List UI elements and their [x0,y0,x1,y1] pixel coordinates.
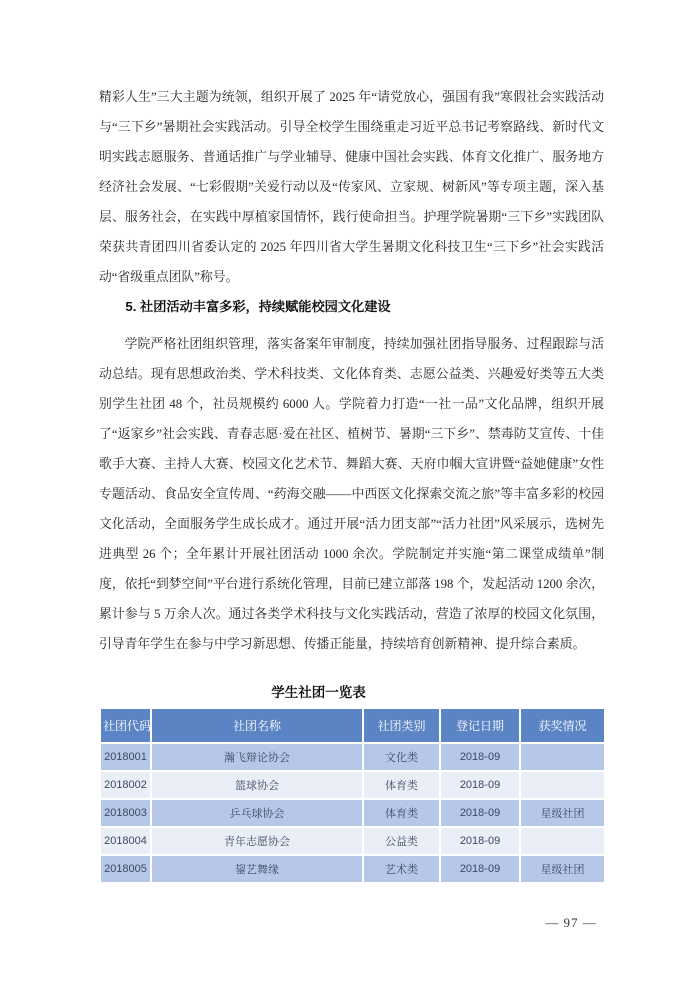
cell-reg-date: 2018-09 [440,827,520,855]
document-page: 精彩人生”三大主题为统领，组织开展了 2025 年“请党放心，强国有我”寒假社会… [0,0,700,989]
cell-award [520,771,605,799]
cell-club-code: 2018003 [100,799,151,827]
student-clubs-table: 社团代码 社团名称 社团类别 登记日期 获奖情况 2018001 瀚飞辩论协会 … [99,707,606,884]
header-cell-club-name: 社团名称 [151,708,363,743]
cell-award [520,743,605,771]
table-row: 2018003 乒乓球协会 体育类 2018-09 星级社团 [100,799,605,827]
cell-club-type: 体育类 [363,771,440,799]
cell-club-code: 2018002 [100,771,151,799]
cell-award [520,827,605,855]
cell-club-name: 青年志愿协会 [151,827,363,855]
page-number: — 97 — [541,915,601,931]
cell-award: 星级社团 [520,799,605,827]
cell-reg-date: 2018-09 [440,855,520,883]
table-row: 2018002 篮球协会 体育类 2018-09 [100,771,605,799]
cell-club-type: 艺术类 [363,855,440,883]
cell-reg-date: 2018-09 [440,771,520,799]
cell-club-name: 乒乓球协会 [151,799,363,827]
table-title: 学生社团一览表 [99,681,538,701]
cell-club-code: 2018005 [100,855,151,883]
table-row: 2018005 鋆艺舞缘 艺术类 2018-09 星级社团 [100,855,605,883]
cell-reg-date: 2018-09 [440,743,520,771]
cell-reg-date: 2018-09 [440,799,520,827]
section-heading: 5. 社团活动丰富多彩，持续赋能校园文化建设 [99,292,604,322]
cell-club-type: 文化类 [363,743,440,771]
cell-club-name: 篮球协会 [151,771,363,799]
cell-club-type: 公益类 [363,827,440,855]
paragraph-continuation: 精彩人生”三大主题为统领，组织开展了 2025 年“请党放心，强国有我”寒假社会… [99,82,604,292]
cell-award: 星级社团 [520,855,605,883]
table-row: 2018004 青年志愿协会 公益类 2018-09 [100,827,605,855]
cell-club-type: 体育类 [363,799,440,827]
header-cell-award-status: 获奖情况 [520,708,605,743]
table-row: 2018001 瀚飞辩论协会 文化类 2018-09 [100,743,605,771]
header-cell-club-type: 社团类别 [363,708,440,743]
cell-club-name: 鋆艺舞缘 [151,855,363,883]
page-content: 精彩人生”三大主题为统领，组织开展了 2025 年“请党放心，强国有我”寒假社会… [99,82,604,884]
cell-club-code: 2018004 [100,827,151,855]
table-header-row: 社团代码 社团名称 社团类别 登记日期 获奖情况 [100,708,605,743]
header-cell-club-code: 社团代码 [100,708,151,743]
cell-club-name: 瀚飞辩论协会 [151,743,363,771]
paragraph-body: 学院严格社团组织管理，落实备案年审制度，持续加强社团指导服务、过程跟踪与活动总结… [99,329,604,659]
cell-club-code: 2018001 [100,743,151,771]
header-cell-reg-date: 登记日期 [440,708,520,743]
